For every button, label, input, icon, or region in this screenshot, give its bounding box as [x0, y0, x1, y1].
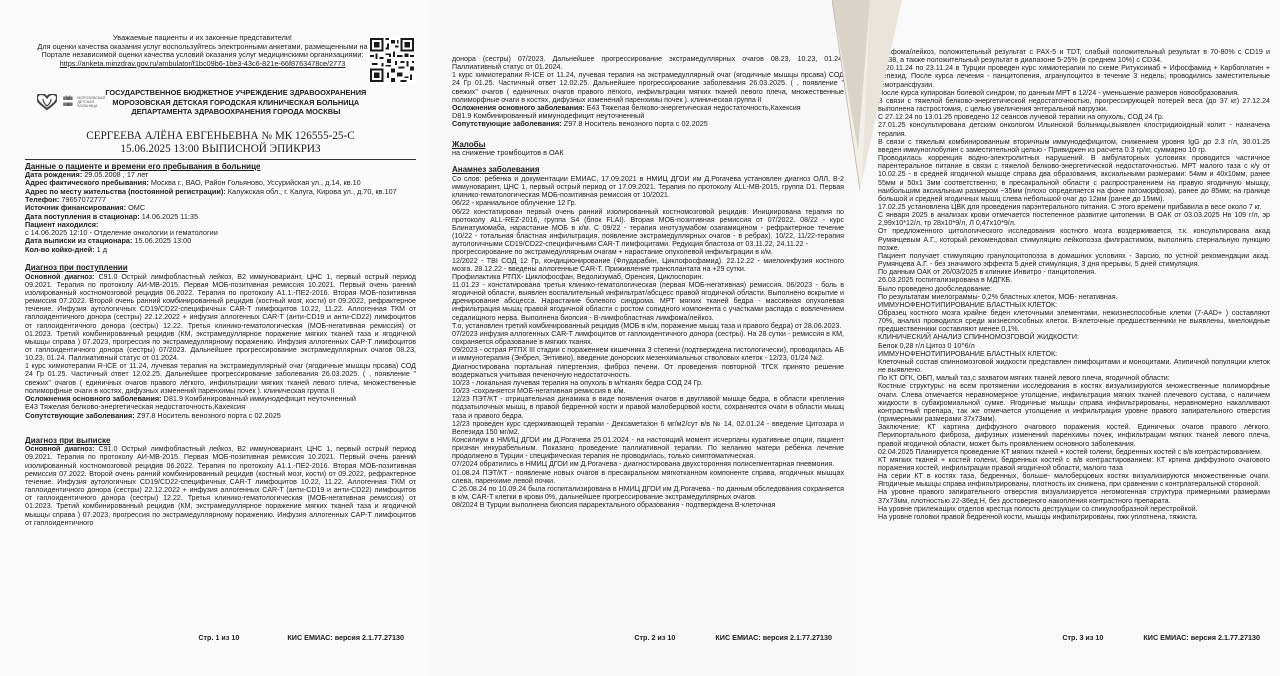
- anamnesis-paragraph: В связи с тяжелой белково-энергетической…: [878, 97, 1270, 113]
- divider: [25, 159, 416, 160]
- page-footer-1: Стр. 1 из 10 КИС ЕМИАС: версия 2.1.77.27…: [198, 633, 404, 642]
- field-value: 1 д: [95, 245, 107, 254]
- anamnesis-paragraph: 12/23 проведен курс сдерживающей терапии…: [452, 420, 844, 436]
- field-label: Кол-во койко-дней:: [25, 245, 95, 254]
- system-version: КИС ЕМИАС: версия 2.1.77.27130: [715, 633, 832, 642]
- organization-name: ГОСУДАРСТВЕННОЕ БЮДЖЕТНОЕ УЧРЕЖДЕНИЕ ЗДР…: [105, 88, 366, 116]
- anamnesis-paragraph: 07/2023 инфузия аллогенных CAR-T лимфоци…: [452, 330, 844, 346]
- anamnesis-paragraph: 11.01.23 - констатирована третья клинико…: [452, 281, 844, 322]
- anamnesis-page-3: лимфома/лейкоз, положительный результат …: [878, 48, 1270, 521]
- anamnesis-paragraph: Диагностирована портальная гипертензия, …: [452, 363, 844, 379]
- anamnesis-paragraph: Образец костного мозга крайне беден клет…: [878, 309, 1270, 333]
- quality-survey-notice: Уважаемые пациенты и их законные предста…: [35, 34, 370, 68]
- patient-info-field: Кол-во койко-дней: 1 д: [25, 246, 416, 254]
- anamnesis-paragraph: Белок 0,28 г/л Цитоз 0 10^6/л: [878, 342, 1270, 350]
- anamnesis-paragraph: По результатам миелограммы- 0,2% бластны…: [878, 293, 1270, 301]
- anamnesis-paragraph: Проводилась коррекция водно-электролитны…: [878, 154, 1270, 203]
- anamnesis-paragraph: 06/22 - краниальное облучение 12 Гр.: [452, 199, 844, 207]
- anamnesis-paragraph: 10/23 - локальная лучевая терапия на опу…: [452, 379, 844, 387]
- anamnesis-paragraph: ИММУНОФЕНОТИПИРОВАНИЕ БЛАСТНЫХ КЛЕТОК:: [878, 350, 1270, 358]
- complaints-text: на снижение тромбоцитов в ОАК: [452, 149, 844, 157]
- anamnesis-paragraph: Пациент получает стимуляцию гранулоцитоп…: [878, 252, 1270, 268]
- hospital-heart-logo-icon: [37, 94, 57, 110]
- document-title: 15.06.2025 13:00 ВЫПИСНОЙ ЭПИКРИЗ: [25, 143, 416, 156]
- section-title-admission-diagnosis: Диагноз при поступлении: [25, 263, 416, 273]
- admission-main-diagnosis: Основной диагноз: C91.0 Острый лимфоблас…: [25, 273, 416, 363]
- anamnesis-paragraph: От предложенного цитологического исследо…: [878, 227, 1270, 251]
- document-page-1: Уважаемые пациенты и их законные предста…: [0, 0, 428, 676]
- anamnesis-paragraph: Профилактика РТПХ- Циклофосфан, Ведолизу…: [452, 273, 844, 281]
- discharge-main-diagnosis-cont: донора (сестры) 07/2023. Дальнейшее прог…: [452, 55, 844, 71]
- anamnesis-page-2: Со слов: ребенка и документации ЕМИАС, 1…: [452, 175, 844, 509]
- discharge-main-diagnosis-cont-2: 1 курс химиотерапии R-ICE от 11.24, луче…: [452, 71, 844, 104]
- anamnesis-paragraph: 27.01.25 консультирована детским онколог…: [878, 121, 1270, 137]
- anamnesis-paragraph: По данным ОАК от 26/03/2025 в клинике Ин…: [878, 268, 1270, 276]
- patient-header: СЕРГЕЕВА АЛЁНА ЕВГЕНЬЕВНА № МК 126555-25…: [25, 130, 416, 156]
- section-title-discharge-diagnosis: Диагноз при выписке: [25, 436, 416, 446]
- anamnesis-paragraph: прогрессирование по экстрамедуллярным оч…: [452, 248, 844, 256]
- patient-info-fields: Дата рождения: 29.05.2008 , 17 летАдрес …: [25, 171, 416, 254]
- anamnesis-paragraph: 12/23 ПЭТ/КТ - отрицательная динамика в …: [452, 395, 844, 419]
- notice-text: Для оценки качества оказания услуг воспо…: [35, 43, 370, 60]
- anamnesis-paragraph: На уровне правого запирательного отверст…: [878, 488, 1270, 504]
- anamnesis-paragraph: 10/23 -сохраняется МОБ-негативная ремисс…: [452, 387, 844, 395]
- discharge-concomitant: Сопутствующие заболевания: Z97.8 Носител…: [452, 120, 844, 128]
- page-footer-2: Стр. 2 из 10 КИС ЕМИАС: версия 2.1.77.27…: [634, 633, 832, 642]
- anamnesis-paragraph: 08/2024 В Турции выполнена биопсия парар…: [452, 501, 844, 509]
- anamnesis-paragraph: Костные структуры: на всем протяжении ис…: [878, 382, 1270, 423]
- anamnesis-paragraph: С 20.11.24 по 23.11.24 в Турции проведен…: [878, 64, 1270, 88]
- anamnesis-paragraph: 01.08.24 ПЭТ/КТ - появление новых очагов…: [452, 469, 844, 485]
- anamnesis-paragraph: На уровне прилежащих отделов крестца пол…: [878, 505, 1270, 513]
- anamnesis-paragraph: 17.02.25 установлена ЦВК для проведения …: [878, 203, 1270, 211]
- field-value: 15.06.2025 13:00: [132, 236, 191, 245]
- anamnesis-paragraph: Заключение: КТ картина диффузного очагов…: [878, 423, 1270, 447]
- anamnesis-paragraph: КЛИНИЧЕСКИЙ АНАЛИЗ СПИННОМОЗГОВОЙ ЖИДКОС…: [878, 333, 1270, 341]
- anamnesis-paragraph: 07/2024 обратились в НМИЦ ДГОИ им Д.Рога…: [452, 460, 844, 468]
- anamnesis-paragraph: На уровне головки правой бедренной кости…: [878, 513, 1270, 521]
- anamnesis-paragraph: После курса купирован болевой синдром, п…: [878, 89, 1270, 97]
- anamnesis-paragraph: С января 2025 в анализах крови отмечаетс…: [878, 211, 1270, 227]
- page-number: Стр. 2 из 10: [634, 633, 675, 642]
- anamnesis-paragraph: 09/2023 - острая РТПХ III стадии с пораж…: [452, 346, 844, 362]
- anamnesis-paragraph: На серии КТ в костях таза, бедренных, бо…: [878, 472, 1270, 488]
- page-number: Стр. 3 из 10: [1062, 633, 1103, 642]
- anamnesis-paragraph: По КТ ОГК, ОБП, малый таз,с захватом мяг…: [878, 374, 1270, 382]
- system-version: КИС ЕМИАС: версия 2.1.77.27130: [287, 633, 404, 642]
- organization-header: ıılıılıı ıııııııı МОРОЗОВСКАЯ ДЕТСКАЯ БО…: [37, 88, 416, 116]
- document-page-3: лимфома/лейкоз, положительный результат …: [852, 0, 1280, 676]
- anamnesis-paragraph: Со слов: ребенка и документации ЕМИАС, 1…: [452, 175, 844, 199]
- field-value: Калужская обл., г. Калуга, Кирова ул., д…: [226, 187, 397, 196]
- anamnesis-paragraph: 02.04.2025 Планируется проведение КТ мяг…: [878, 448, 1270, 456]
- discharge-main-diagnosis: Основной диагноз: C91.0 Острый лимфоблас…: [25, 445, 416, 527]
- anamnesis-paragraph: 26.03.2025 госпитализирована в МДГКБ.: [878, 276, 1270, 284]
- page-footer-3: Стр. 3 из 10 КИС ЕМИАС: версия 2.1.77.27…: [1062, 633, 1260, 642]
- qr-code-icon: [368, 36, 416, 84]
- patient-name-record: СЕРГЕЕВА АЛЁНА ЕВГЕНЬЕВНА № МК 126555-25…: [25, 130, 416, 143]
- anamnesis-paragraph: КТ мягких тканей + костей голени, бедрен…: [878, 456, 1270, 472]
- anamnesis-paragraph: Клеточный состав спинномозговой жидкости…: [878, 358, 1270, 374]
- anamnesis-paragraph: С 26.08.24 по 10.09.24 была госпитализир…: [452, 485, 844, 501]
- survey-link[interactable]: https://anketa.minzdrav.gov.ru/ambulator…: [60, 59, 346, 68]
- system-version: КИС ЕМИАС: версия 2.1.77.27130: [1143, 633, 1260, 642]
- page-number: Стр. 1 из 10: [198, 633, 239, 642]
- anamnesis-paragraph: Было проведено дообследование:: [878, 285, 1270, 293]
- document-page-2: донора (сестры) 07/2023. Дальнейшее прог…: [428, 0, 852, 676]
- anamnesis-paragraph: С 27.12.24 по 13.01.25 проведено 12 сеан…: [878, 113, 1270, 121]
- anamnesis-paragraph: лимфома/лейкоз, положительный результат …: [878, 48, 1270, 64]
- anamnesis-paragraph: Консилиум в НМИЦ ДГОИ им Д.Рогачева 25.0…: [452, 436, 844, 460]
- anamnesis-paragraph: ИММУНОФЕНОТИПИРОВАНИЕ БЛАСТНЫХ КЛЕТОК:: [878, 301, 1270, 309]
- anamnesis-paragraph: В связи с тяжелым комбинированным вторич…: [878, 138, 1270, 154]
- anamnesis-paragraph: Т.о, установлен третий комбинированный р…: [452, 322, 844, 330]
- section-title-anamnesis: Анамнез заболевания: [452, 165, 844, 175]
- admission-concomitant: Сопутствующие заболевания: Z97.8 Носител…: [25, 412, 416, 420]
- hospital-logo-text: МОРОЗОВСКАЯ ДЕТСКАЯ БОЛЬНИЦА: [77, 96, 99, 108]
- admission-main-diagnosis-cont: 1 курс химиотерапии R-ICE от 11.24, луче…: [25, 362, 416, 395]
- hospital-logo: ıılıılıı ıııııııı: [63, 96, 72, 108]
- field-value: 14.06.2025 11:35: [140, 212, 198, 221]
- anamnesis-paragraph: 12/2022 - TBI СОД 12 Гр, кондиционирован…: [452, 257, 844, 273]
- anamnesis-paragraph: 06/22 констатирован первый очень ранний …: [452, 208, 844, 249]
